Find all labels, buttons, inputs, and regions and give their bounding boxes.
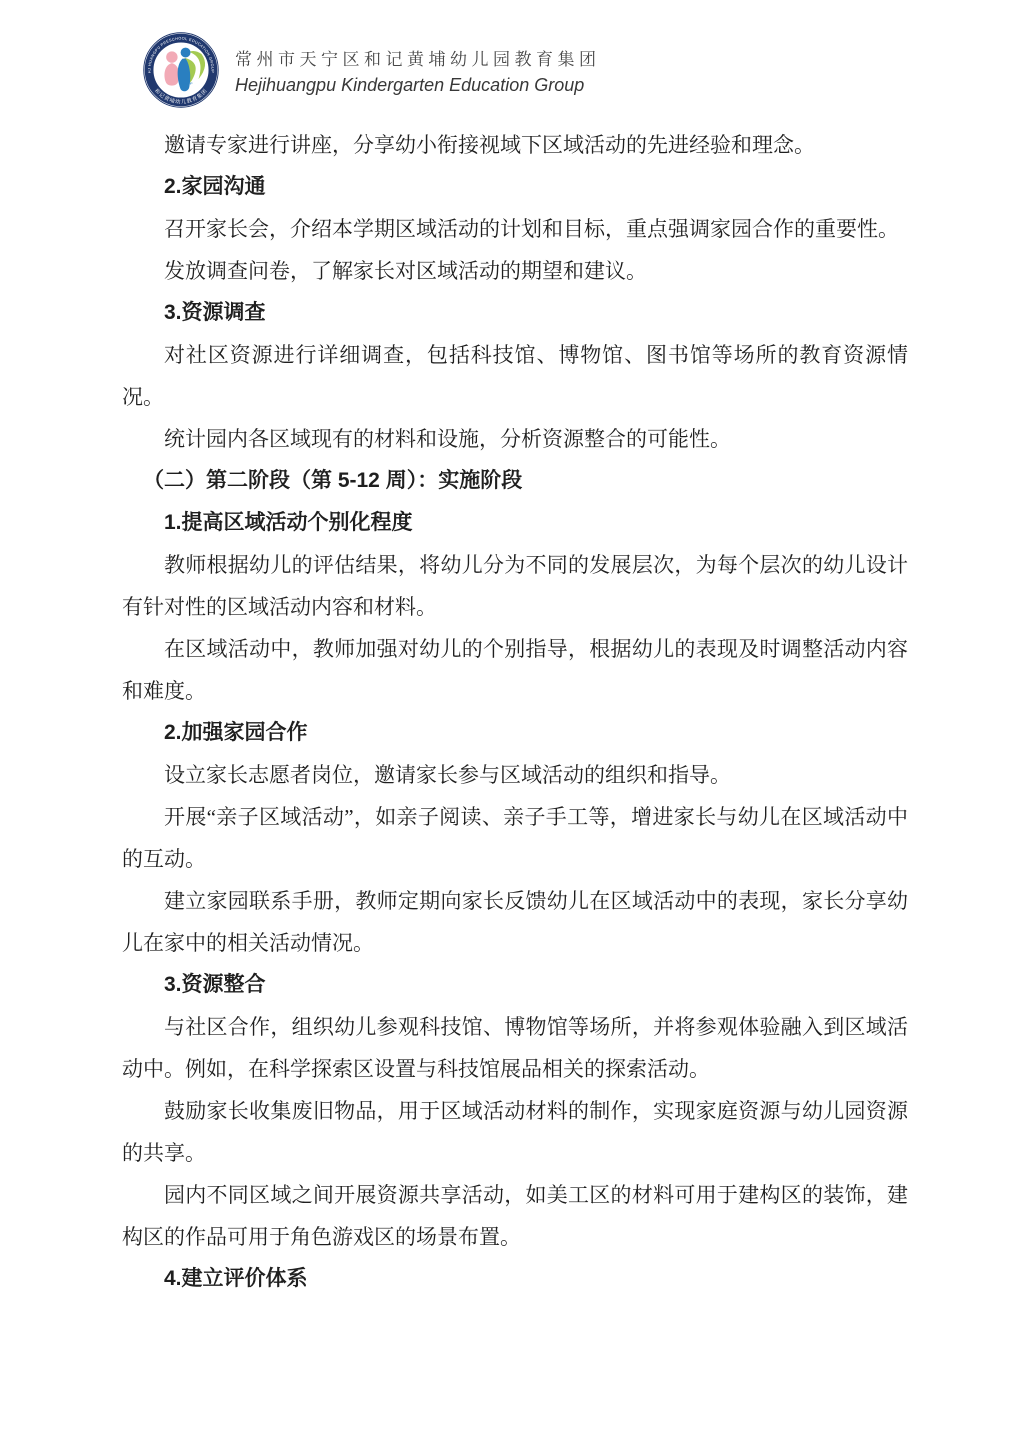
org-name-chinese: 常州市天宁区和记黄埔幼儿园教育集团 (235, 45, 601, 70)
paragraph: 邀请专家进行讲座，分享幼小衔接视域下区域活动的先进经验和理念。 (122, 124, 908, 166)
org-name-english: Hejihuangpu Kindergarten Education Group (235, 75, 601, 96)
paragraph: 统计园内各区域现有的材料和设施，分析资源整合的可能性。 (122, 418, 908, 460)
paragraph: 开展“亲子区域活动”，如亲子阅读、亲子手工等，增进家长与幼儿在区域活动中的互动。 (122, 796, 908, 880)
section-heading: 4.建立评价体系 (122, 1258, 908, 1300)
org-names: 常州市天宁区和记黄埔幼儿园教育集团 Hejihuangpu Kindergart… (235, 45, 601, 96)
section-heading: 2.家园沟通 (122, 166, 908, 208)
section-heading: （二）第二阶段（第 5-12 周）：实施阶段 (122, 460, 908, 502)
paragraph: 对社区资源进行详细调查，包括科技馆、博物馆、图书馆等场所的教育资源情况。 (122, 334, 908, 418)
section-heading: 3.资源调查 (122, 292, 908, 334)
document-page: HJ HUANGPU PRESCHOOL EDUCATION GROUP 和记黄… (0, 0, 1024, 1448)
paragraph: 园内不同区域之间开展资源共享活动，如美工区的材料可用于建构区的装饰，建构区的作品… (122, 1174, 908, 1258)
paragraph: 教师根据幼儿的评估结果，将幼儿分为不同的发展层次，为每个层次的幼儿设计有针对性的… (122, 544, 908, 628)
paragraph: 召开家长会，介绍本学期区域活动的计划和目标，重点强调家园合作的重要性。 (122, 208, 908, 250)
paragraph: 鼓励家长收集废旧物品，用于区域活动材料的制作，实现家庭资源与幼儿园资源的共享。 (122, 1090, 908, 1174)
paragraph: 在区域活动中，教师加强对幼儿的个别指导，根据幼儿的表现及时调整活动内容和难度。 (122, 628, 908, 712)
kindergarten-logo-icon: HJ HUANGPU PRESCHOOL EDUCATION GROUP 和记黄… (143, 32, 219, 108)
logo-pink-figure-head (166, 51, 177, 62)
document-body: 邀请专家进行讲座，分享幼小衔接视域下区域活动的先进经验和理念。2.家园沟通召开家… (122, 124, 908, 1300)
section-heading: 3.资源整合 (122, 964, 908, 1006)
paragraph: 建立家园联系手册，教师定期向家长反馈幼儿在区域活动中的表现，家长分享幼儿在家中的… (122, 880, 908, 964)
paragraph: 与社区合作，组织幼儿参观科技馆、博物馆等场所，并将参观体验融入到区域活动中。例如… (122, 1006, 908, 1090)
section-heading: 1.提高区域活动个别化程度 (122, 502, 908, 544)
logo-blue-figure-head (181, 48, 191, 58)
paragraph: 设立家长志愿者岗位，邀请家长参与区域活动的组织和指导。 (122, 754, 908, 796)
logo-center-text: HJHP (185, 81, 193, 85)
paragraph: 发放调查问卷，了解家长对区域活动的期望和建议。 (122, 250, 908, 292)
section-heading: 2.加强家园合作 (122, 712, 908, 754)
letterhead: HJ HUANGPU PRESCHOOL EDUCATION GROUP 和记黄… (143, 32, 601, 108)
